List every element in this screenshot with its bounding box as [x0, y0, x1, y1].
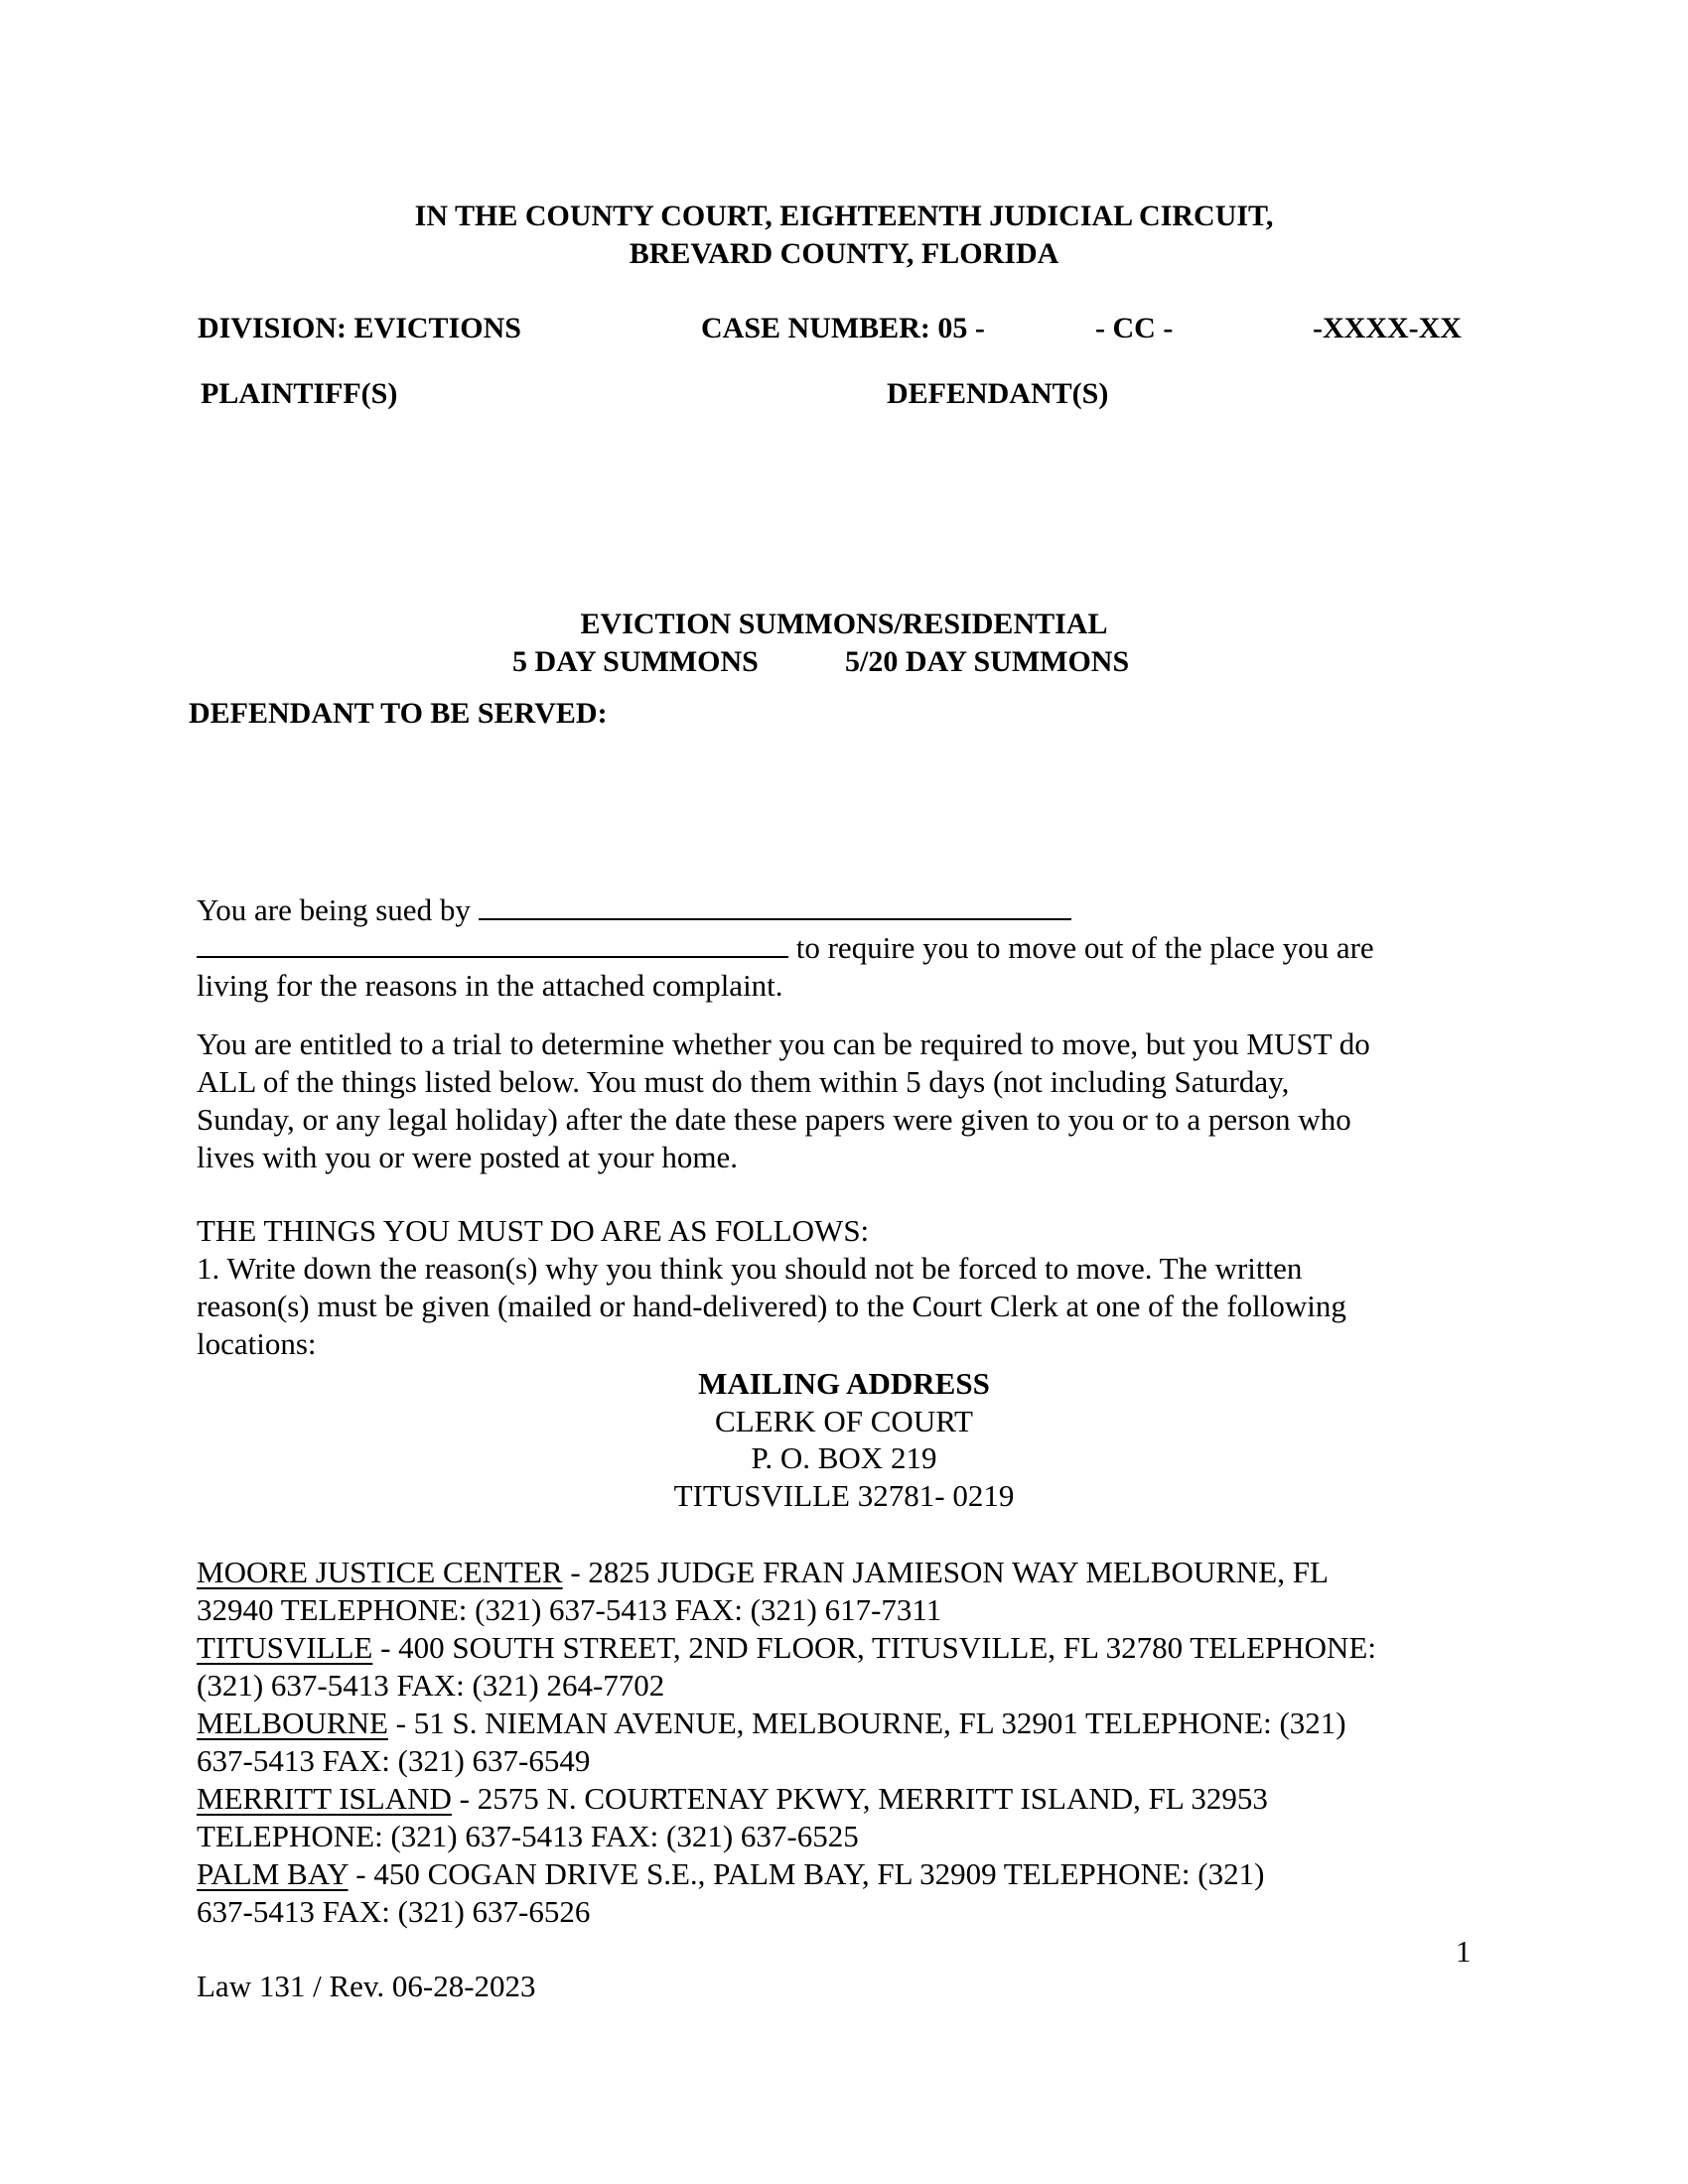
location-contact: TELEPHONE: (321) 637-5413 FAX: (321) 637… [197, 1818, 1487, 1855]
location-address: - 400 SOUTH STREET, 2ND FLOOR, TITUSVILL… [372, 1630, 1376, 1665]
case-number-label: CASE NUMBER: 05 - [701, 310, 985, 347]
location-palm-bay: PALM BAY - 450 COGAN DRIVE S.E., PALM BA… [197, 1855, 1487, 1893]
location-address: - 2825 JUDGE FRAN JAMIESON WAY MELBOURNE… [563, 1555, 1329, 1589]
defendant-label: DEFENDANT(S) [887, 375, 1108, 413]
case-number-cc: - CC - [1095, 310, 1173, 347]
location-contact: 32940 TELEPHONE: (321) 637-5413 FAX: (32… [197, 1591, 1487, 1629]
step1-line: locations: [197, 1325, 1487, 1363]
location-melbourne: MELBOURNE - 51 S. NIEMAN AVENUE, MELBOUR… [197, 1705, 1487, 1742]
sued-by-line3: living for the reasons in the attached c… [197, 967, 783, 1005]
location-name: MERRITT ISLAND [197, 1781, 452, 1816]
step1-line: 1. Write down the reason(s) why you thin… [197, 1250, 1487, 1288]
mailing-address-line2: P. O. BOX 219 [0, 1439, 1688, 1477]
location-moore-justice-center: MOORE JUSTICE CENTER - 2825 JUDGE FRAN J… [197, 1554, 1487, 1591]
location-address: - 2575 N. COURTENAY PKWY, MERRITT ISLAND… [452, 1781, 1268, 1816]
five-twenty-day-summons-option: 5/20 DAY SUMMONS [845, 643, 1129, 681]
page-number: 1 [1456, 1933, 1472, 1971]
division-label: DIVISION: EVICTIONS [198, 310, 521, 347]
plaintiff-label: PLAINTIFF(S) [201, 375, 397, 413]
location-address: - 51 S. NIEMAN AVENUE, MELBOURNE, FL 329… [388, 1706, 1346, 1740]
sued-by-line1: You are being sued by [197, 891, 1071, 929]
mailing-address-line3: TITUSVILLE 32781- 0219 [0, 1477, 1688, 1515]
form-revision: Law 131 / Rev. 06-28-2023 [197, 1968, 536, 2005]
entitled-line: You are entitled to a trial to determine… [197, 1025, 1487, 1063]
sued-by-line2: to require you to move out of the place … [197, 929, 1374, 967]
mailing-address-line1: CLERK OF COURT [0, 1403, 1688, 1440]
location-address: - 450 COGAN DRIVE S.E., PALM BAY, FL 329… [349, 1856, 1265, 1891]
location-merritt-island: MERRITT ISLAND - 2575 N. COURTENAY PKWY,… [197, 1780, 1487, 1818]
mailing-address-heading: MAILING ADDRESS [0, 1365, 1688, 1403]
location-contact: (321) 637-5413 FAX: (321) 264-7702 [197, 1667, 1487, 1705]
court-locations-list: MOORE JUSTICE CENTER - 2825 JUDGE FRAN J… [197, 1554, 1487, 1931]
location-titusville: TITUSVILLE - 400 SOUTH STREET, 2ND FLOOR… [197, 1629, 1487, 1667]
entitled-line: ALL of the things listed below. You must… [197, 1063, 1487, 1101]
location-contact: 637-5413 FAX: (321) 637-6549 [197, 1742, 1487, 1780]
location-name: TITUSVILLE [197, 1630, 372, 1665]
entitled-paragraph: You are entitled to a trial to determine… [197, 1025, 1487, 1176]
location-name: PALM BAY [197, 1856, 349, 1891]
defendant-to-be-served-label: DEFENDANT TO BE SERVED: [189, 695, 608, 733]
five-day-summons-option: 5 DAY SUMMONS [512, 643, 759, 681]
entitled-line: Sunday, or any legal holiday) after the … [197, 1101, 1487, 1139]
location-name: MOORE JUSTICE CENTER [197, 1555, 563, 1589]
entitled-line: lives with you or were posted at your ho… [197, 1139, 1487, 1176]
step1-line: reason(s) must be given (mailed or hand-… [197, 1288, 1487, 1325]
sued-by-suffix: to require you to move out of the place … [796, 930, 1374, 965]
summons-title: EVICTION SUMMONS/RESIDENTIAL [0, 606, 1688, 643]
plaintiff-name-blank[interactable] [479, 892, 1071, 920]
location-name: MELBOURNE [197, 1706, 388, 1740]
location-contact: 637-5413 FAX: (321) 637-6526 [197, 1893, 1487, 1931]
things-section: THE THINGS YOU MUST DO ARE AS FOLLOWS: 1… [197, 1212, 1487, 1363]
sued-by-prefix: You are being sued by [197, 892, 471, 927]
court-name-line1: IN THE COUNTY COURT, EIGHTEENTH JUDICIAL… [0, 198, 1688, 235]
plaintiff-name-blank-continued[interactable] [197, 930, 788, 958]
case-number-suffix: -XXXX-XX [1313, 310, 1462, 347]
things-heading: THE THINGS YOU MUST DO ARE AS FOLLOWS: [197, 1212, 1487, 1250]
court-name-line2: BREVARD COUNTY, FLORIDA [0, 235, 1688, 273]
